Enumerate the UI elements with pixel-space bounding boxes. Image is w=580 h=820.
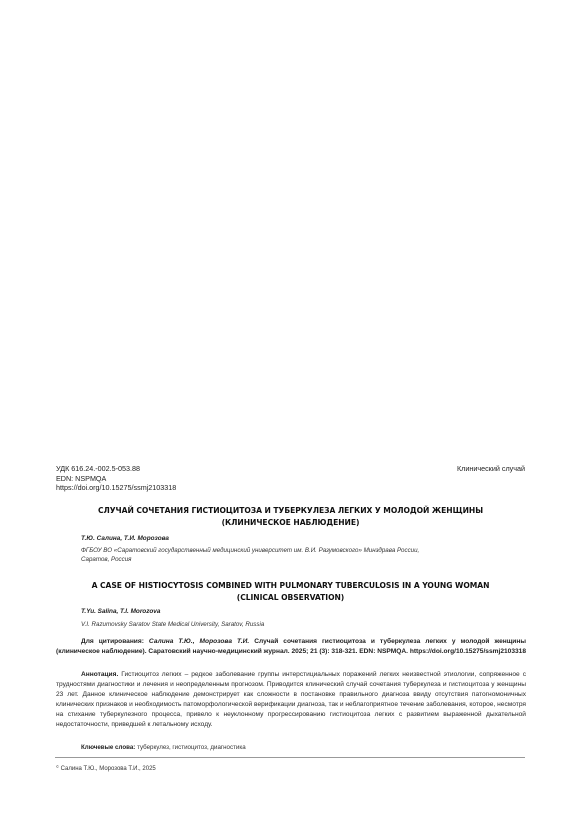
citation-block: Для цитирования: Салина Т.Ю., Морозова Т… — [56, 637, 526, 657]
footnote-divider — [55, 757, 525, 758]
authors-ru: Т.Ю. Салина, Т.И. Морозова — [81, 535, 169, 543]
abstract-block: Аннотация. Гистиоцитоз легких – редкое з… — [56, 670, 526, 731]
article-rubric: Клинический случай — [457, 464, 525, 474]
abstract-label: Аннотация. — [81, 671, 118, 678]
title-en-line1: A CASE OF HISTIOCYTOSIS COMBINED WITH PU… — [56, 580, 525, 592]
affiliation-en: V.I. Razumovsky Saratov State Medical Un… — [81, 620, 525, 629]
title-en-line2: (CLINICAL OBSERVATION) — [56, 592, 525, 604]
doi-link[interactable]: https://doi.org/10.15275/ssmj2103318 — [56, 483, 176, 493]
affiliation-ru-line2: Саратов, Россия — [81, 555, 525, 564]
title-ru-line1: СЛУЧАЙ СОЧЕТАНИЯ ГИСТИОЦИТОЗА И ТУБЕРКУЛ… — [56, 505, 525, 517]
abstract-text: Гистиоцитоз легких – редкое заболевание … — [56, 671, 526, 728]
citation-authors: Салина Т.Ю., Морозова Т.И. — [149, 638, 249, 645]
copyright-text: Салина Т.Ю., Морозова Т.И., 2025 — [61, 766, 156, 772]
affiliation-ru-line1: ФГБОУ ВО «Саратовский государственный ме… — [81, 546, 525, 555]
edn-code: EDN: NSPMQA — [56, 474, 176, 484]
authors-en: T.Yu. Salina, T.I. Morozova — [81, 608, 160, 616]
affiliation-ru: ФГБОУ ВО «Саратовский государственный ме… — [81, 546, 525, 565]
keywords-text: туберкулез, гистиоцитоз, диагностика — [137, 744, 246, 751]
copyright-note: © Салина Т.Ю., Морозова Т.И., 2025 — [56, 763, 156, 773]
udk-code: УДК 616.24.-002.5-053.88 — [56, 464, 176, 474]
article-meta: УДК 616.24.-002.5-053.88 EDN: NSPMQA htt… — [56, 464, 176, 493]
citation-label: Для цитирования: — [81, 638, 144, 645]
keywords-label: Ключевые слова: — [81, 744, 135, 751]
title-ru-line2: (КЛИНИЧЕСКОЕ НАБЛЮДЕНИЕ) — [56, 517, 525, 529]
title-ru: СЛУЧАЙ СОЧЕТАНИЯ ГИСТИОЦИТОЗА И ТУБЕРКУЛ… — [56, 505, 525, 528]
copyright-icon: © — [56, 764, 59, 769]
title-en: A CASE OF HISTIOCYTOSIS COMBINED WITH PU… — [56, 580, 525, 603]
keywords-block: Ключевые слова: туберкулез, гистиоцитоз,… — [81, 744, 246, 752]
